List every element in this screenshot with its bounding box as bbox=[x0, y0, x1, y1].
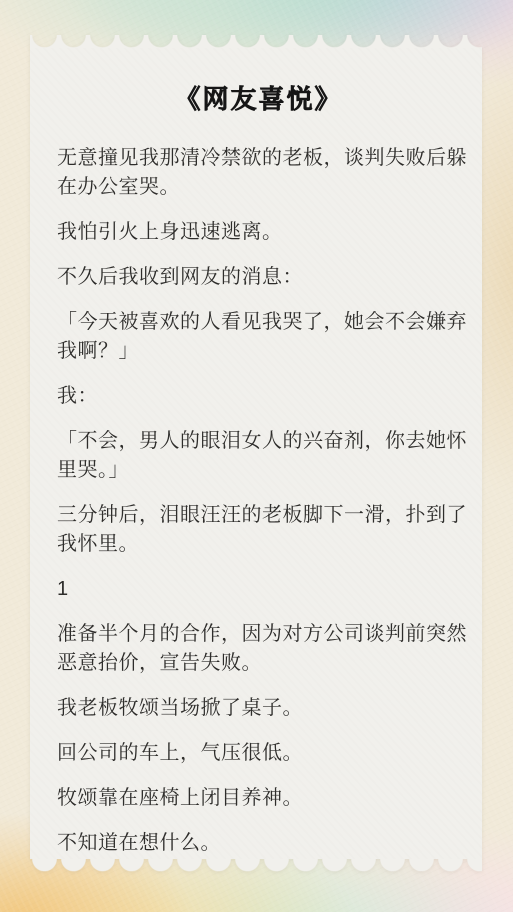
paragraph: 不久后我收到网友的消息： bbox=[57, 263, 460, 292]
paragraph: 不知道在想什么。 bbox=[57, 829, 460, 858]
note-paper: 《网友喜悦》 无意撞见我那清冷禁欲的老板，谈判失败后躲在办公室哭。我怕引火上身迅… bbox=[30, 35, 482, 872]
text-line: 三分钟后，泪眼汪汪的老板脚下一滑，扑到了 bbox=[57, 501, 460, 530]
text-line: 不知道在想什么。 bbox=[57, 829, 460, 858]
text-line: 无意撞见我那清冷禁欲的老板，谈判失败后躲 bbox=[57, 144, 460, 173]
paragraph: 牧颂靠在座椅上闭目养神。 bbox=[57, 784, 460, 813]
text-line: 恶意抬价，宣告失败。 bbox=[57, 649, 460, 678]
text-line: 里哭。」 bbox=[57, 456, 460, 485]
text-line: 1 bbox=[57, 575, 460, 604]
text-line: 我怕引火上身迅速逃离。 bbox=[57, 218, 460, 247]
text-line: 牧颂靠在座椅上闭目养神。 bbox=[57, 784, 460, 813]
text-line: 在办公室哭。 bbox=[57, 173, 460, 202]
paragraph: 「今天被喜欢的人看见我哭了，她会不会嫌弃我啊？」 bbox=[57, 308, 460, 366]
paragraph: 我老板牧颂当场掀了桌子。 bbox=[57, 694, 460, 723]
paragraph: 三分钟后，泪眼汪汪的老板脚下一滑，扑到了我怀里。 bbox=[57, 501, 460, 559]
page-background: 《网友喜悦》 无意撞见我那清冷禁欲的老板，谈判失败后躲在办公室哭。我怕引火上身迅… bbox=[0, 0, 513, 912]
scallop-edge-bottom bbox=[30, 859, 482, 872]
text-line: 我老板牧颂当场掀了桌子。 bbox=[57, 694, 460, 723]
story-title: 《网友喜悦》 bbox=[57, 84, 460, 114]
text-line: 我： bbox=[57, 382, 460, 411]
paragraph: 回公司的车上，气压很低。 bbox=[57, 739, 460, 768]
text-line: 我怀里。 bbox=[57, 530, 460, 559]
text-line: 「不会，男人的眼泪女人的兴奋剂，你去她怀 bbox=[57, 427, 460, 456]
paper-body: 《网友喜悦》 无意撞见我那清冷禁欲的老板，谈判失败后躲在办公室哭。我怕引火上身迅… bbox=[30, 48, 482, 859]
paragraph: 1 bbox=[57, 575, 460, 604]
paragraph: 我怕引火上身迅速逃离。 bbox=[57, 218, 460, 247]
paragraph: 我： bbox=[57, 382, 460, 411]
text-line: 回公司的车上，气压很低。 bbox=[57, 739, 460, 768]
text-line: 准备半个月的合作，因为对方公司谈判前突然 bbox=[57, 620, 460, 649]
paragraph: 无意撞见我那清冷禁欲的老板，谈判失败后躲在办公室哭。 bbox=[57, 144, 460, 202]
text-line: 不久后我收到网友的消息： bbox=[57, 263, 460, 292]
text-line: 「今天被喜欢的人看见我哭了，她会不会嫌弃 bbox=[57, 308, 460, 337]
scallop-edge-top bbox=[30, 35, 482, 48]
text-line: 我啊？」 bbox=[57, 337, 460, 366]
paragraph: 「不会，男人的眼泪女人的兴奋剂，你去她怀里哭。」 bbox=[57, 427, 460, 485]
paragraph: 准备半个月的合作，因为对方公司谈判前突然恶意抬价，宣告失败。 bbox=[57, 620, 460, 678]
story-body: 无意撞见我那清冷禁欲的老板，谈判失败后躲在办公室哭。我怕引火上身迅速逃离。不久后… bbox=[57, 144, 460, 858]
